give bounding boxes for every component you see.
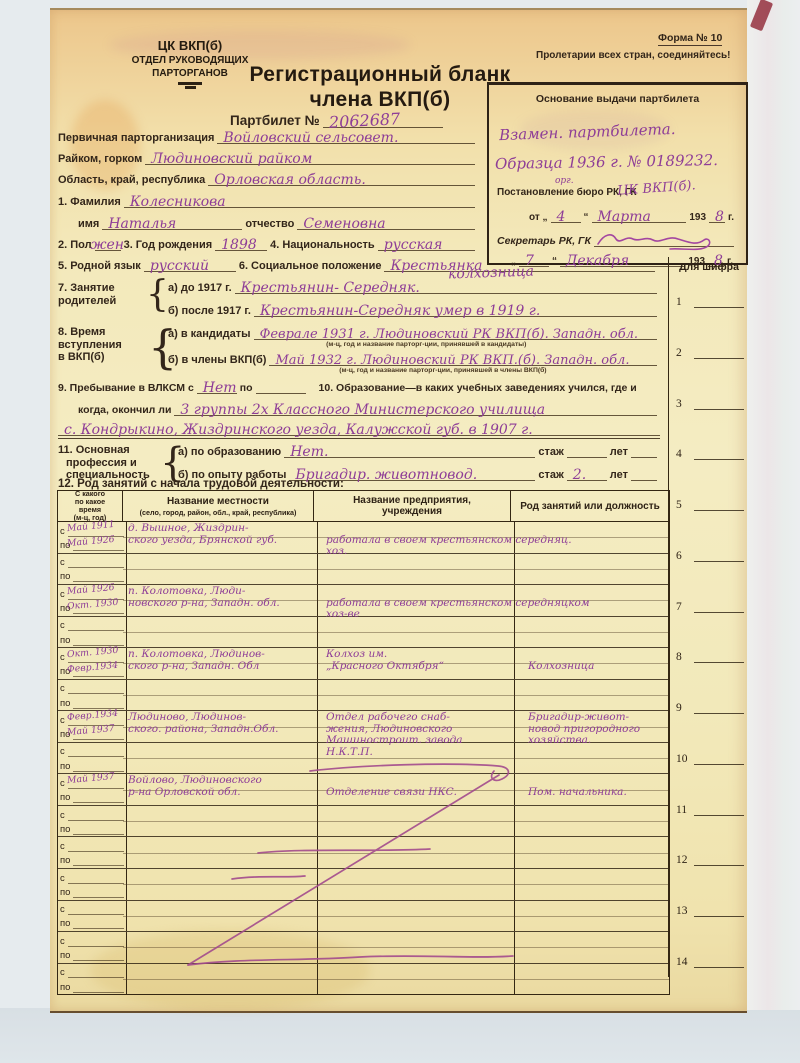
occupation-value: Пом. начальника.: [528, 775, 698, 798]
cipher-column-title: Для шифра: [676, 261, 742, 273]
cipher-number: 7: [676, 601, 692, 613]
field-region: Область, край, республика Орловская обла…: [58, 170, 478, 186]
cipher-line: [694, 759, 744, 765]
field-profession-education: а) по образованию Нет. стаж лет: [178, 442, 660, 458]
field-label: а) до 1917 г.: [168, 282, 232, 294]
enterprise-value: работала в своем крестьянском середняцко…: [326, 586, 596, 621]
field-value: Крестьянин- Середняк.: [241, 281, 420, 295]
field-label: Первичная парторганизация: [58, 132, 214, 144]
field-surname: 1. Фамилия Колесникова: [58, 192, 478, 208]
cell-place: [127, 617, 318, 648]
cipher-line: [694, 810, 744, 816]
field-value: Семеновна: [303, 217, 385, 231]
field-value: Орловская область.: [214, 173, 366, 187]
cell-time: с по: [58, 837, 127, 868]
field-line: Орловская область.: [208, 170, 475, 186]
registration-form-page: ЦК ВКП(б) ОТДЕЛ РУКОВОДЯЩИХ ПАРТОРГАНОВ …: [50, 8, 747, 1013]
field-value: с. Кондрыкино, Жиздринского уезда, Калуж…: [64, 423, 533, 437]
slogan: Пролетарии всех стран, соединяйтесь!: [536, 50, 731, 61]
table-row: с по Февр.1934 Май 1937 Людиново, Людино…: [58, 711, 669, 743]
table-row: с по: [58, 806, 669, 838]
table-row: с по: [58, 901, 669, 933]
cipher-number: 1: [676, 296, 692, 308]
cipher-row: 5: [676, 495, 744, 511]
field-line: жен: [95, 235, 121, 251]
place-value: п. Колотовка, Людинов- ского р-на, Запад…: [128, 649, 358, 672]
cipher-row: 10: [676, 749, 744, 765]
cipher-number: 2: [676, 347, 692, 359]
month-line: Марта: [592, 207, 687, 223]
table-row: с по Май 1937 Войлово, Людиновского р-на…: [58, 774, 669, 806]
field-value: Наталья: [108, 217, 176, 231]
field-value: русский: [150, 259, 209, 273]
secretary-signature: [596, 230, 716, 252]
cipher-column-divider: [668, 257, 669, 977]
cipher-line: [694, 708, 744, 714]
cell-place: [127, 743, 318, 774]
field-label: отчество: [245, 218, 294, 230]
table-row: с по: [58, 680, 669, 712]
cipher-row: 3: [676, 394, 744, 410]
cipher-number: 3: [676, 398, 692, 410]
field-label: 10. Образование—в каких учебных заведени…: [319, 382, 637, 394]
cipher-line: [694, 556, 744, 562]
field-label: когда, окончил ли: [78, 404, 171, 416]
field-parents-before1917: а) до 1917 г. Крестьянин- Середняк.: [168, 278, 660, 294]
field-line: 3 группы 2х Классного Министерского учил…: [174, 400, 657, 416]
table-row: с по: [58, 964, 669, 995]
cipher-line: [694, 860, 744, 866]
cell-time: с по: [58, 964, 127, 995]
table-row: с по: [58, 617, 669, 649]
cipher-row: 2: [676, 343, 744, 359]
cell-occupation: [515, 837, 669, 868]
cell-time: с по: [58, 869, 127, 900]
field-label: Райком, горком: [58, 153, 142, 165]
issue-basis-box: Основание выдачи партбилета Взамен. парт…: [487, 82, 748, 265]
cipher-line: [694, 302, 744, 308]
field-raikom: Райком, горком Людиновский райком: [58, 149, 478, 165]
cipher-line: [694, 454, 744, 460]
cipher-line: [694, 505, 744, 511]
field-line: [256, 378, 306, 394]
cell-time: с по: [58, 554, 127, 585]
cell-time: с по: [58, 901, 127, 932]
table-body: с по Май 1911 Май 1926 д. Вышное, Жиздри…: [58, 522, 669, 994]
cell-place: [127, 932, 318, 963]
cell-enterprise: [318, 964, 515, 995]
cipher-number: 10: [676, 753, 692, 765]
year-prefix: 193: [689, 212, 706, 223]
resolution-note-handwriting: орг.: [555, 177, 574, 186]
field-line: [631, 465, 657, 481]
field-caption: (м-ц, год и название парторг-ции, приняв…: [339, 367, 546, 374]
cell-occupation: [515, 806, 669, 837]
place-value: п. Колотовка, Люди- новского р-на, Запад…: [128, 586, 358, 609]
employment-table: С какого по какое время (м-ц, год) Назва…: [57, 490, 670, 995]
cipher-row: 1: [676, 292, 744, 308]
cipher-number: 11: [676, 804, 692, 816]
field-line: русская: [378, 235, 475, 251]
cell-enterprise: [318, 932, 515, 963]
scanner-background-right: [747, 0, 800, 1010]
cell-place: [127, 680, 318, 711]
field-line: Феврале 1931 г. Людиновский РК ВКП(б). З…: [254, 324, 657, 340]
field-line: Наталья: [102, 214, 242, 230]
field-education-line3: с. Кондрыкино, Жиздринского уезда, Калуж…: [58, 420, 660, 436]
resolution-handwriting: ЦК ВКП(б).: [617, 178, 697, 198]
field-value: Нет: [203, 381, 237, 395]
occupation-value: Бригадир-живот- новод пригородного хозяй…: [528, 712, 698, 747]
cipher-row: 13: [676, 901, 744, 917]
field-label: Область, край, республика: [58, 174, 205, 186]
year-suffix: г.: [728, 212, 734, 223]
cell-occupation: [515, 869, 669, 900]
year-line: 8: [709, 207, 725, 223]
field-value: Войловский сельсовет.: [223, 131, 398, 145]
cipher-line: [694, 353, 744, 359]
ticket-number-line: 2062687: [323, 112, 443, 128]
cipher-column: 1 2 3 4 5 6 7 8 9 10: [676, 292, 744, 968]
section7-brace: {: [146, 274, 169, 315]
field-line: Крестьянин- Середняк.: [235, 278, 657, 294]
cell-enterprise: [318, 680, 515, 711]
field-line: Нет: [197, 378, 237, 394]
field-line: 2.: [567, 465, 607, 481]
cipher-row: 14: [676, 952, 744, 968]
field-value: 3 группы 2х Классного Министерского учил…: [180, 403, 545, 417]
field-label: 6. Социальное положение: [239, 260, 382, 272]
form-number: Форма № 10: [658, 32, 722, 46]
field-label: по: [240, 382, 253, 394]
cell-time: с по: [58, 806, 127, 837]
field-primary-org: Первичная парторганизация Войловский сел…: [58, 128, 478, 144]
field-label: а) в кандидаты: [168, 328, 251, 340]
cipher-line: [694, 404, 744, 410]
cell-occupation: [515, 554, 669, 585]
cell-occupation: [515, 932, 669, 963]
field-value: Крестьянин-Середняк умер в 1919 г.: [260, 304, 540, 318]
field-value: 1898: [221, 238, 257, 252]
section-divider-rule: [58, 438, 660, 439]
cipher-number: 14: [676, 956, 692, 968]
cell-occupation: [515, 680, 669, 711]
field-value: 2.: [573, 468, 586, 482]
field-candidate-entry: а) в кандидаты Феврале 1931 г. Людиновск…: [168, 324, 660, 340]
staj-label: стаж: [538, 469, 563, 481]
field-line: с. Кондрыкино, Жиздринского уезда, Калуж…: [58, 420, 660, 436]
cell-time: с по: [58, 617, 127, 648]
field-value: Май 1932 г. Людиновский РК ВКП.(б). Запа…: [275, 354, 629, 367]
field-label: 5. Родной язык: [58, 260, 141, 272]
cipher-row: 6: [676, 546, 744, 562]
field-line: Людиновский райком: [145, 149, 475, 165]
cipher-number: 13: [676, 905, 692, 917]
field-line: Май 1932 г. Людиновский РК ВКП.(б). Запа…: [269, 350, 657, 366]
section7-label: 7. Занятие родителей: [58, 282, 116, 307]
field-value: русская: [384, 238, 443, 252]
cipher-row: 12: [676, 850, 744, 866]
cipher-row: 4: [676, 444, 744, 460]
cell-place: [127, 837, 318, 868]
table-row: с по Окт. 1930 Февр.1934 п. Колотовка, Л…: [58, 648, 669, 680]
cell-time: с по: [58, 680, 127, 711]
table-row: с по: [58, 554, 669, 586]
cell-place: [127, 901, 318, 932]
cell-place: [127, 869, 318, 900]
cell-enterprise: [318, 901, 515, 932]
field-caption: (м-ц, год и название парторг-ции, приняв…: [326, 341, 526, 348]
secretary-row: Секретарь РК, ГК: [497, 231, 737, 247]
secretary-signature-line: [594, 231, 734, 247]
field-value: Нет.: [290, 445, 328, 459]
field-education-line2: когда, окончил ли 3 группы 2х Классного …: [78, 400, 660, 416]
col-time-header: С какого по какое время (м-ц, год): [58, 491, 123, 521]
table-row: с по: [58, 869, 669, 901]
field-language-social: 5. Родной язык русский 6. Социальное пол…: [58, 256, 658, 272]
from-label: от „: [529, 212, 548, 223]
cipher-row: 11: [676, 800, 744, 816]
table-row: с по Май 1926 Окт. 1930 п. Колотовка, Лю…: [58, 585, 669, 617]
field-label: б) в члены ВКП(б): [168, 354, 266, 366]
col-place-header: Название местности (село, город, район, …: [123, 491, 314, 521]
cell-enterprise: [318, 617, 515, 648]
cipher-line: [694, 657, 744, 663]
occupation-value: Колхозница: [528, 649, 698, 672]
table-row: с по Май 1911 Май 1926 д. Вышное, Жиздри…: [58, 522, 669, 554]
field-label: 1. Фамилия: [58, 196, 121, 208]
field-line: Войловский сельсовет.: [217, 128, 475, 144]
cipher-line: [694, 607, 744, 613]
cell-time: с по: [58, 932, 127, 963]
party-ticket-row: Партбилет № 2062687: [230, 112, 446, 128]
field-name-patronymic: имя Наталья отчество Семеновна: [78, 214, 478, 230]
field-label: 2. Пол: [58, 239, 92, 251]
field-line: русский: [144, 256, 236, 272]
field-line: 1898: [215, 235, 267, 251]
cell-occupation: [515, 964, 669, 995]
col-enterprise-header: Название предприятия, учреждения: [314, 491, 511, 521]
table-row: с по: [58, 932, 669, 964]
field-member-entry: б) в члены ВКП(б) Май 1932 г. Людиновски…: [168, 350, 660, 366]
cell-time: с по: [58, 743, 127, 774]
field-label: имя: [78, 218, 99, 230]
issue-basis-handwriting: Взамен. партбилета.: [499, 120, 676, 144]
ticket-label: Партбилет №: [230, 113, 320, 128]
field-label: 9. Пребывание в ВЛКСМ с: [58, 382, 194, 394]
field-value: Колесникова: [130, 195, 226, 209]
field-line: [631, 442, 657, 458]
issue-basis-handwriting: Образца 1936 г. № 0189232.: [495, 151, 718, 173]
field-label: 4. Национальность: [270, 239, 375, 251]
cipher-number: 6: [676, 550, 692, 562]
cell-occupation: [515, 617, 669, 648]
field-komsomol-education: 9. Пребывание в ВЛКСМ с Нет по 10. Образ…: [58, 378, 660, 394]
cell-place: [127, 554, 318, 585]
enterprise-value: работала в своем крестьянском середняц. …: [326, 523, 596, 558]
year-digit: 8: [715, 210, 724, 224]
cell-place: [127, 806, 318, 837]
cell-occupation: [515, 901, 669, 932]
field-line: [567, 442, 607, 458]
field-line: Крестьянин-Середняк умер в 1919 г.: [254, 301, 657, 317]
cipher-number: 12: [676, 854, 692, 866]
field-parents-after1917: б) после 1917 г. Крестьянин-Середняк уме…: [168, 301, 660, 317]
table-row: с по: [58, 837, 669, 869]
field-line: Нет.: [284, 442, 535, 458]
day-line: 4: [551, 207, 581, 223]
let-label: лет: [610, 469, 628, 481]
month-value: Марта: [598, 210, 651, 224]
cell-enterprise: [318, 869, 515, 900]
field-label: 3. Год рождения: [124, 239, 213, 251]
cell-enterprise: [318, 554, 515, 585]
field-label: а) по образованию: [178, 446, 281, 458]
place-value: Войлово, Людиновского р-на Орловской обл…: [128, 775, 358, 798]
org-line: ЦК ВКП(б): [95, 38, 285, 53]
cipher-number: 5: [676, 499, 692, 511]
cell-enterprise: [318, 806, 515, 837]
section8-label: 8. Время вступления в ВКП(б): [58, 326, 122, 364]
cipher-line: [694, 962, 744, 968]
table-header: С какого по какое время (м-ц, год) Назва…: [58, 491, 669, 522]
col-occupation-header: Род занятий или должность: [511, 491, 669, 521]
secretary-label: Секретарь РК, ГК: [497, 235, 591, 247]
field-line: Колесникова: [124, 192, 475, 208]
staj-label: стаж: [538, 446, 563, 458]
place-value: д. Вышное, Жиздрин- ского уезда, Брянско…: [128, 523, 358, 546]
field-value: жен: [91, 238, 124, 252]
cell-enterprise: [318, 837, 515, 868]
field-line: Семеновна: [297, 214, 475, 230]
section11-label: 11. Основная профессия и специальность: [58, 444, 150, 482]
field-label: б) после 1917 г.: [168, 305, 251, 317]
cipher-line: [694, 911, 744, 917]
cell-place: [127, 964, 318, 995]
scanner-background-bottom: [0, 1008, 800, 1063]
quote: “: [584, 212, 589, 223]
field-sex-birth-nationality: 2. Пол жен 3. Год рождения 1898 4. Нацио…: [58, 235, 478, 251]
field-value: Людиновский райком: [151, 152, 312, 166]
place-value: Людиново, Людинов- ского. района, Западн…: [128, 712, 358, 735]
cipher-row: 7: [676, 597, 744, 613]
cipher-number: 4: [676, 448, 692, 460]
field-value: Феврале 1931 г. Людиновский РК ВКП(б). З…: [260, 328, 639, 341]
issue-box-title: Основание выдачи партбилета: [489, 93, 746, 105]
day-value: 4: [557, 210, 566, 224]
resolution-label: Постановление бюро РК, ГК: [497, 187, 636, 198]
issue-date-row: от „ 4 “ Марта 193 8 г.: [529, 207, 734, 223]
let-label: лет: [610, 446, 628, 458]
